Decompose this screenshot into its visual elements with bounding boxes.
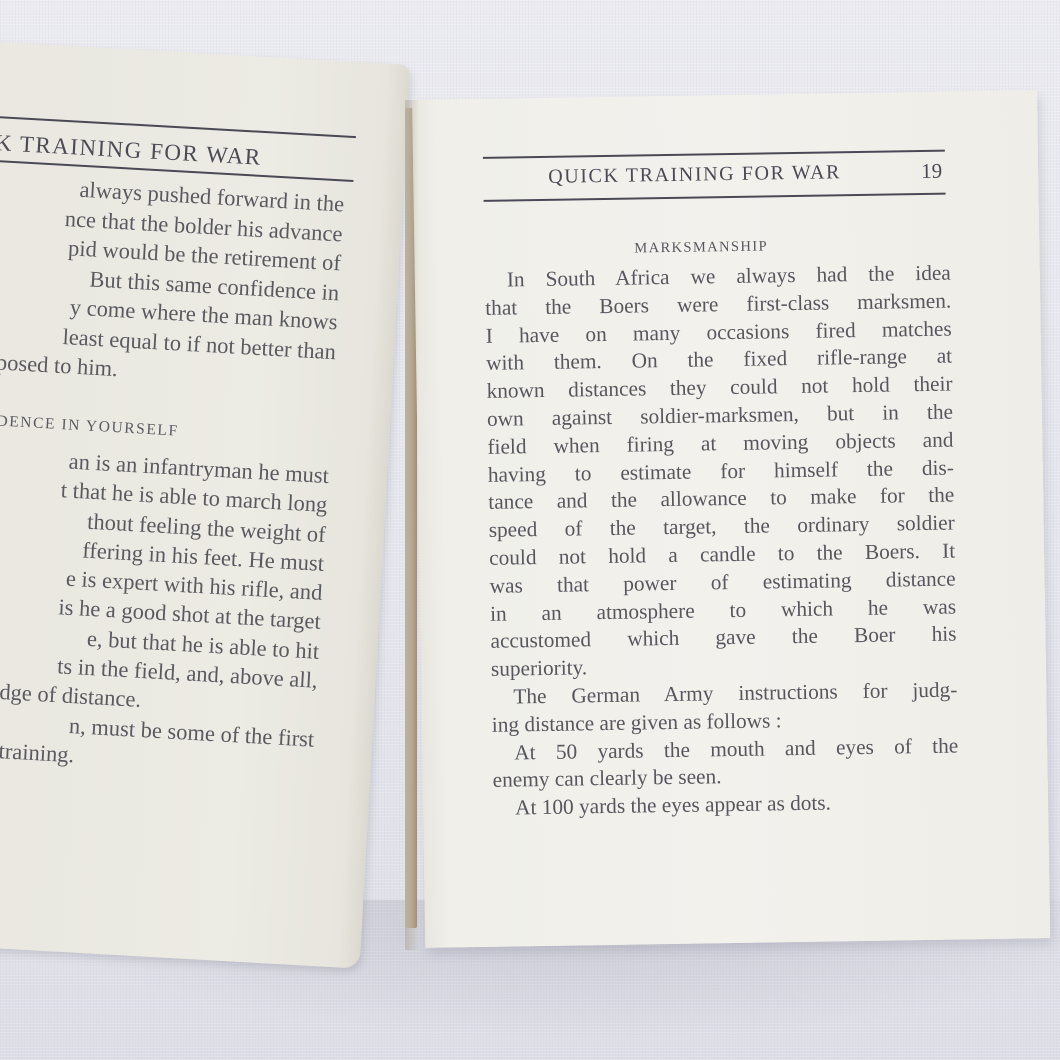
- left-paragraph-2: an is an infantryman he must t that he i…: [0, 439, 330, 783]
- header-rule-bottom: [484, 193, 946, 202]
- text-line: At 100 yards the eyes appear as dots.: [493, 788, 959, 823]
- right-page-body: In South Africa we always had the idea t…: [485, 260, 960, 823]
- right-page: QUICK TRAINING FOR WAR 19 MARKSMANSHIP I…: [412, 90, 1050, 948]
- book-gutter: [405, 100, 419, 950]
- left-running-head: K TRAINING FOR WAR: [0, 130, 262, 171]
- left-subheading: FIDENCE IN YOURSELF: [0, 412, 179, 441]
- left-paragraph-1: always pushed forward in the nce that th…: [0, 168, 345, 396]
- page-number: 19: [921, 159, 942, 184]
- right-running-head: QUICK TRAINING FOR WAR: [548, 161, 841, 189]
- left-page: K TRAINING FOR WAR always pushed forward…: [0, 40, 410, 969]
- left-page-content: K TRAINING FOR WAR always pushed forward…: [0, 40, 410, 969]
- section-heading: MARKSMANSHIP: [634, 238, 768, 257]
- header-rule-top: [483, 150, 945, 159]
